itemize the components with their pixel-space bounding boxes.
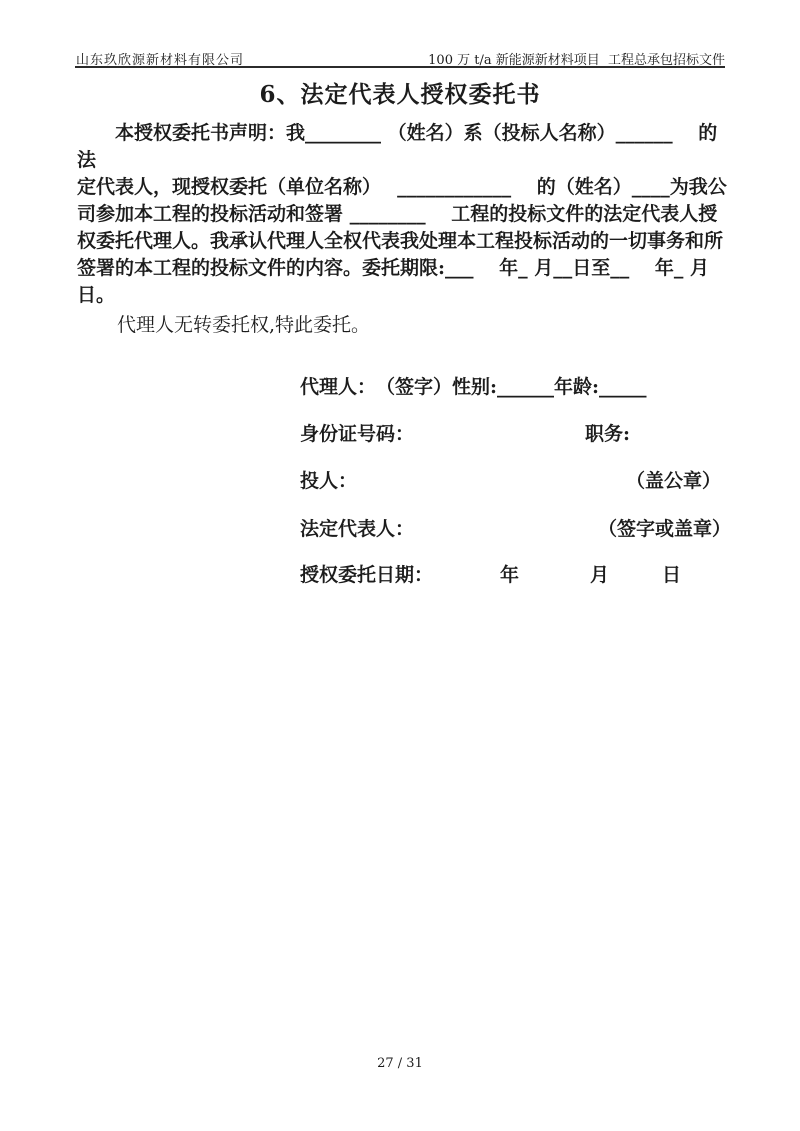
id-number-row: 身份证号码： 职务:: [300, 419, 728, 446]
authorization-date-label: 授权委托日期：: [300, 564, 433, 586]
official-seal-note: （盖公章）: [626, 466, 721, 493]
no-subdelegation-note: 代理人无转委托权,特此委托。: [117, 310, 370, 337]
legal-representative-label: 法定代表人：: [300, 518, 414, 540]
sign-or-seal-note: （签字或盖章）: [598, 514, 728, 541]
document-page: 山东玖欣源新材料有限公司 100 万 t/a 新能源新材料项目 工程总承包招标文…: [0, 0, 800, 1131]
authorization-date-row: 授权委托日期： 年 月 日: [300, 560, 728, 587]
declaration-paragraph: 本授权委托书声明：我________ （姓名）系（投标人名称）______ 的法…: [77, 120, 729, 309]
paragraph-line: 签署的本工程的投标文件的内容。委托期限:___ 年_ 月__日至__ 年_ 月: [77, 255, 729, 282]
agent-signature-row: 代理人： （签字）性别:______年龄:_____: [300, 372, 728, 399]
bidder-label: 投人：: [300, 470, 357, 492]
paragraph-line: 本授权委托书声明：我________ （姓名）系（投标人名称）______ 的法: [77, 120, 729, 174]
day-label: 日: [662, 560, 681, 587]
paragraph-line: 定代表人，现授权委托（单位名称） ____________ 的（姓名）____为…: [77, 174, 729, 201]
footer-page-number: 27 / 31: [0, 1056, 800, 1071]
year-label: 年: [500, 560, 519, 587]
page-title: 6、法定代表人授权委托书: [0, 76, 800, 109]
paragraph-line: 权委托代理人。我承认代理人全权代表我处理本工程投标活动的一切事务和所: [77, 228, 729, 255]
paragraph-line: 司参加本工程的投标活动和签署 ________ 工程的投标文件的法定代表人授: [77, 201, 729, 228]
paragraph-line: 日。: [77, 282, 729, 309]
agent-gender-age-label: 代理人： （签字）性别:______年龄:_____: [300, 376, 647, 398]
month-label: 月: [590, 560, 609, 587]
duty-label: 职务:: [585, 419, 630, 446]
id-number-label: 身份证号码：: [300, 423, 414, 445]
legal-representative-row: 法定代表人： （签字或盖章）: [300, 514, 728, 541]
header-divider-line: [75, 66, 725, 68]
bidder-row: 投人： （盖公章）: [300, 466, 728, 493]
